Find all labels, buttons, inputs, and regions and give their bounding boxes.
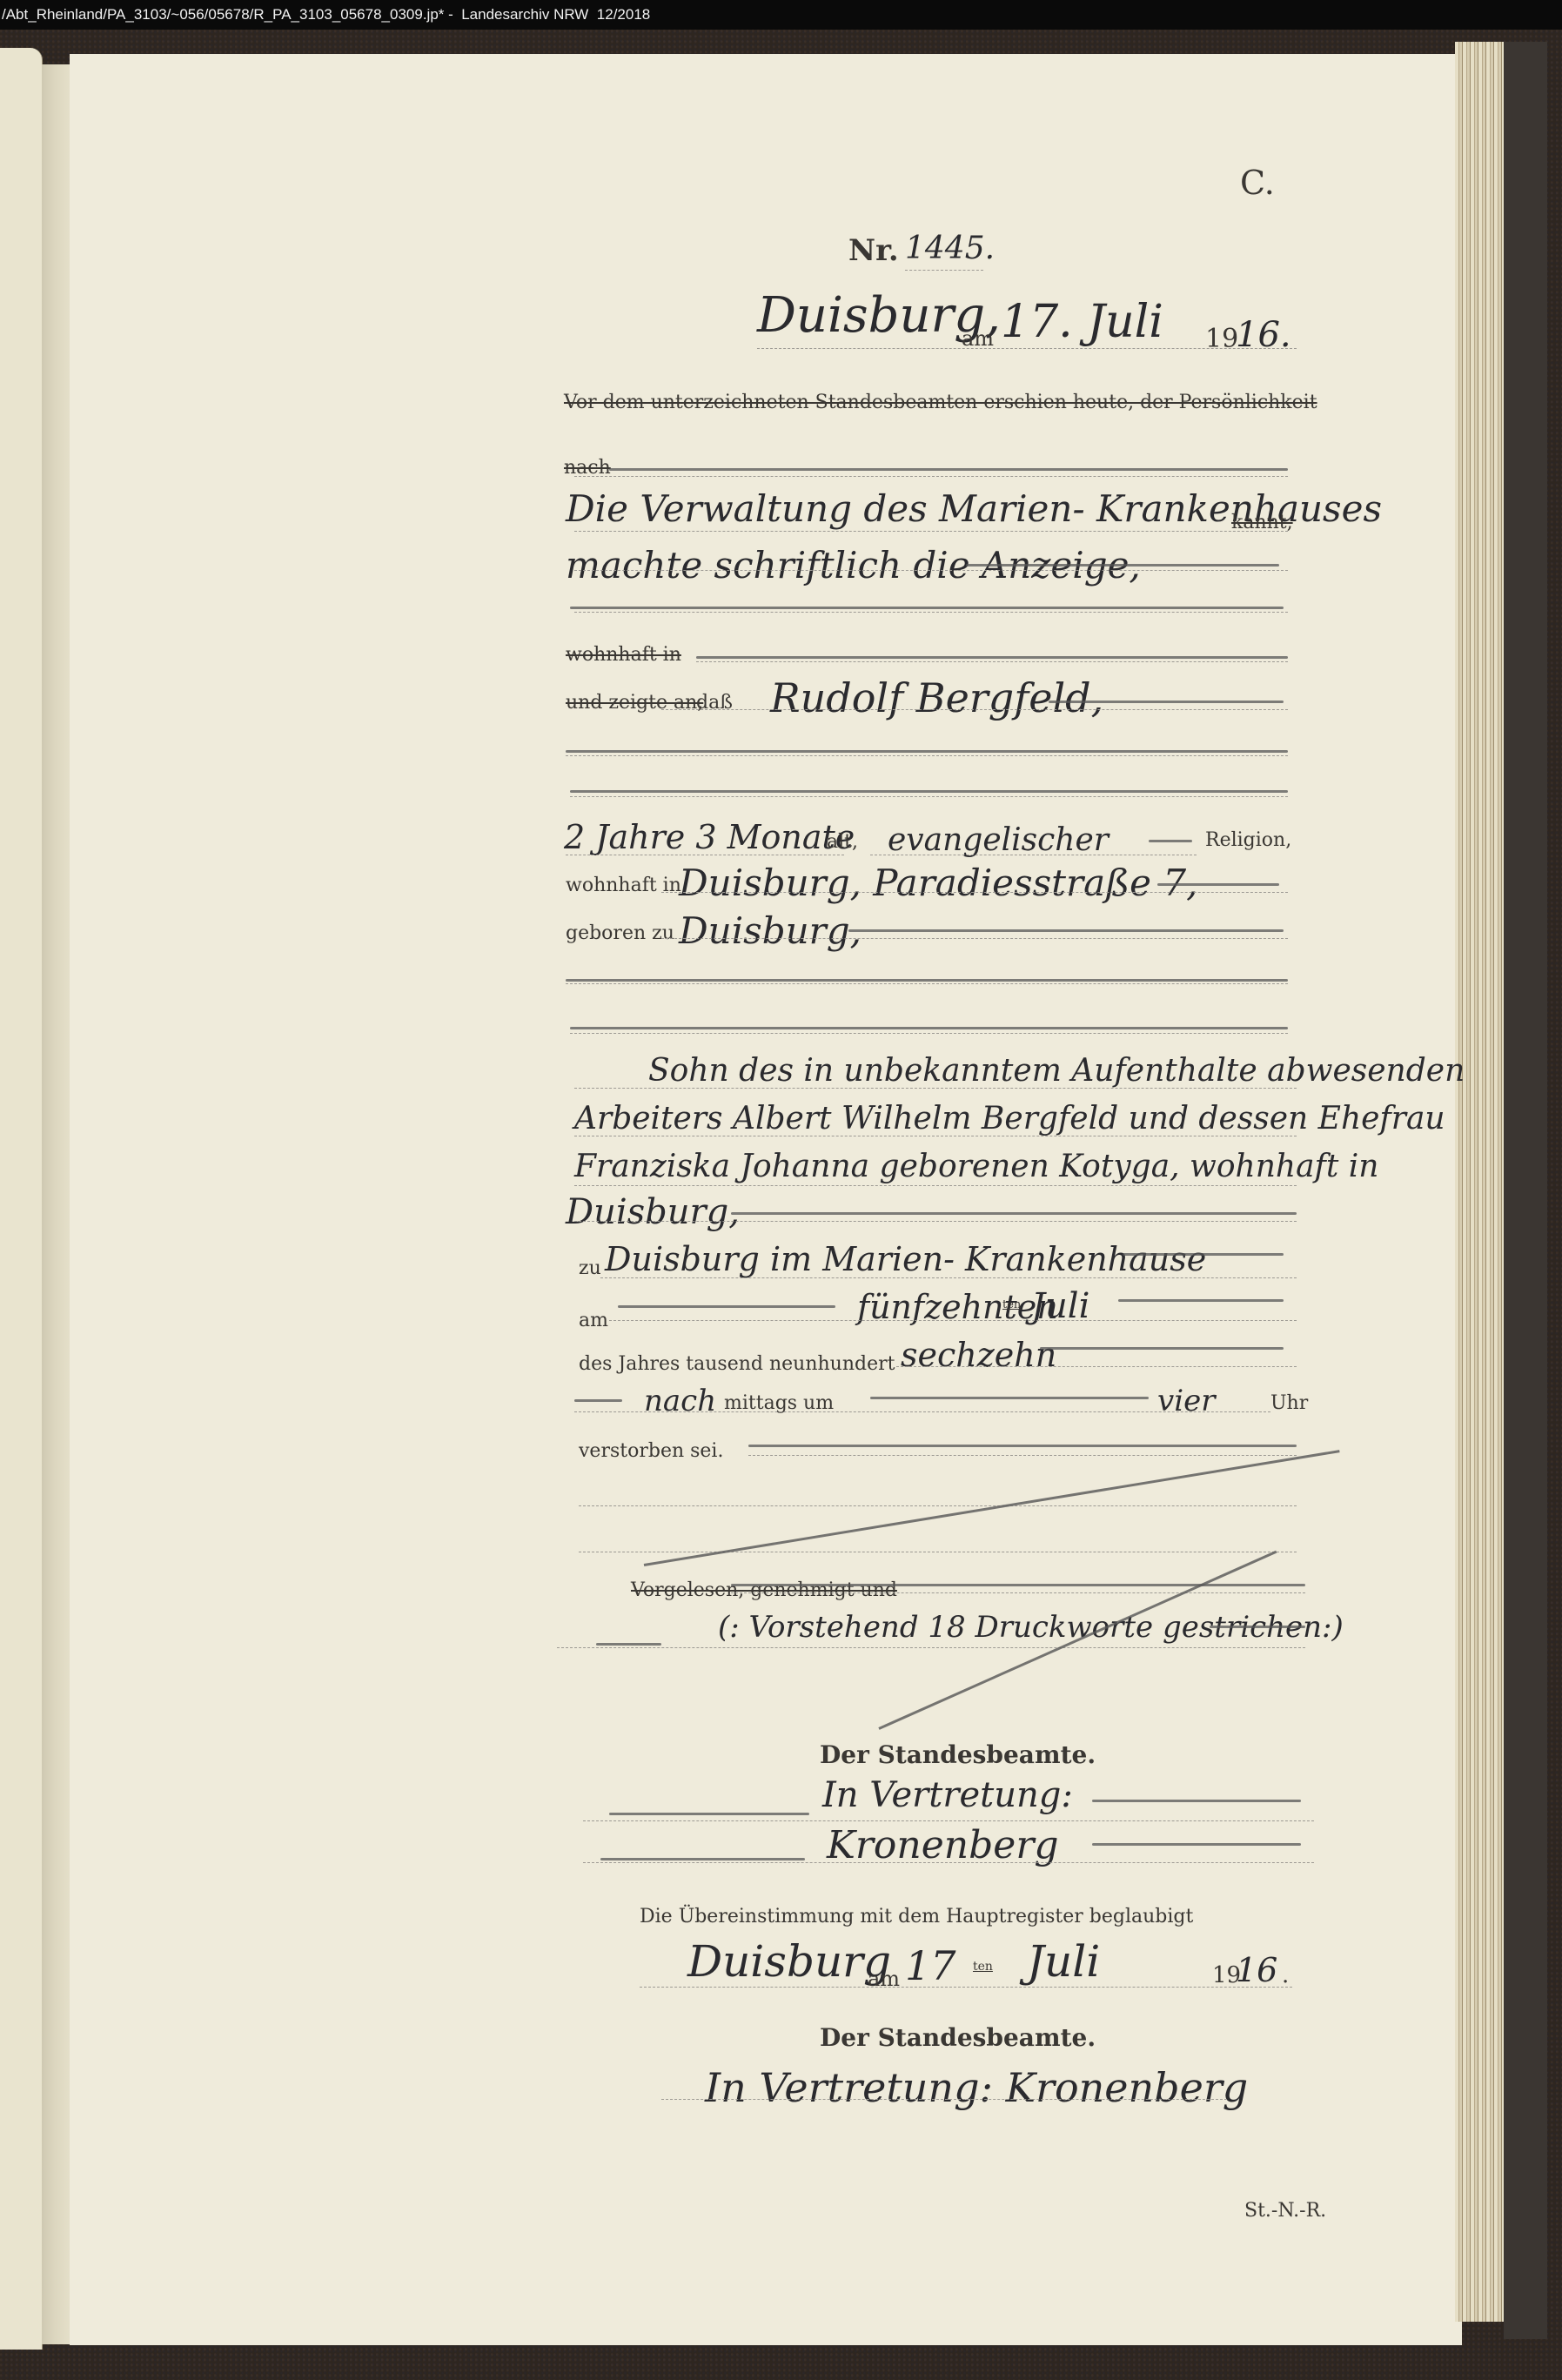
- official-signature-line-1: In Vertretung:: [822, 1775, 1073, 1815]
- cert-official-title: Der Standesbeamte.: [820, 2023, 1096, 2052]
- corner-mark: C.: [1240, 164, 1275, 202]
- parents-line-2: Arbeiters Albert Wilhelm Bergfeld und de…: [574, 1101, 1445, 1136]
- deceased-age: 2 Jahre 3 Monate: [564, 818, 855, 856]
- footer-code: St.-N.-R.: [1244, 2200, 1326, 2222]
- death-day-suffix: ten: [1002, 1298, 1021, 1311]
- dass-label: daß: [696, 692, 733, 714]
- struck-und-zeigte-an: und zeigte an,: [566, 692, 703, 714]
- cert-day-suffix: ten: [973, 1960, 993, 1974]
- uhr-label: Uhr: [1270, 1392, 1308, 1414]
- death-place-value: Duisburg im Marien- Krankenhause: [605, 1240, 1206, 1278]
- parents-line-3: Franziska Johanna geborenen Kotyga, wohn…: [574, 1149, 1379, 1184]
- certification-text: Die Übereinstimmung mit dem Hauptregiste…: [640, 1906, 1193, 1927]
- page-stack-edges: [1455, 42, 1505, 2322]
- cert-day: 17: [905, 1942, 956, 1989]
- official-signature-line-2: Kronenberg: [827, 1823, 1059, 1867]
- struck-read-approved: Vorgelesen, genehmigt und: [631, 1579, 897, 1601]
- am-label: am: [962, 326, 994, 351]
- book-cover: [1504, 42, 1547, 2339]
- died-label: verstorben sei.: [579, 1440, 723, 1462]
- left-page-edge: [0, 48, 43, 2350]
- year-prefix: 19: [1205, 324, 1238, 354]
- book-gutter: [42, 64, 73, 2344]
- struck-intro-text: Vor dem unterzeichneten Standesbeamten e…: [564, 392, 1317, 413]
- number-label: Nr.: [848, 233, 899, 268]
- struck-wohnhaft: wohnhaft in: [566, 644, 681, 666]
- death-year-value: sechzehn: [901, 1336, 1056, 1374]
- year-suffix: 16.: [1236, 315, 1291, 355]
- religion-label: Religion,: [1205, 829, 1291, 851]
- cert-place: Duisburg: [687, 1936, 891, 1987]
- born-label: geboren zu: [566, 922, 674, 944]
- death-day-label: am: [579, 1310, 608, 1331]
- residence-value: Duisburg, Paradiesstraße 7,: [679, 861, 1197, 904]
- official-title: Der Standesbeamte.: [820, 1740, 1096, 1769]
- cert-year-suffix: 16: [1236, 1951, 1277, 1989]
- alt-label: alt,: [827, 831, 858, 853]
- cert-signature: In Vertretung: Kronenberg: [705, 2064, 1248, 2111]
- born-value: Duisburg,: [679, 909, 861, 952]
- record-number: 1445.: [905, 231, 995, 266]
- parents-line-4: Duisburg,: [566, 1192, 740, 1232]
- time-value: vier: [1157, 1384, 1215, 1418]
- cert-month: Juli: [1027, 1936, 1100, 1987]
- time-prefix: nach: [644, 1384, 716, 1418]
- residence-label: wohnhaft in: [566, 875, 681, 896]
- record-date: 17. Juli: [1001, 296, 1163, 348]
- cert-period: .: [1282, 1962, 1289, 1988]
- year-label: des Jahres tausend neunhundert: [579, 1353, 895, 1375]
- window-title-bar: /Abt_Rheinland/PA_3103/~056/05678/R_PA_3…: [0, 0, 1562, 30]
- death-place-label: zu: [579, 1257, 601, 1279]
- parents-line-1: Sohn des in unbekanntem Aufenthalte abwe…: [648, 1053, 1465, 1089]
- religion-value: evangelischer: [888, 822, 1109, 858]
- deceased-name: Rudolf Bergfeld,: [770, 674, 1103, 721]
